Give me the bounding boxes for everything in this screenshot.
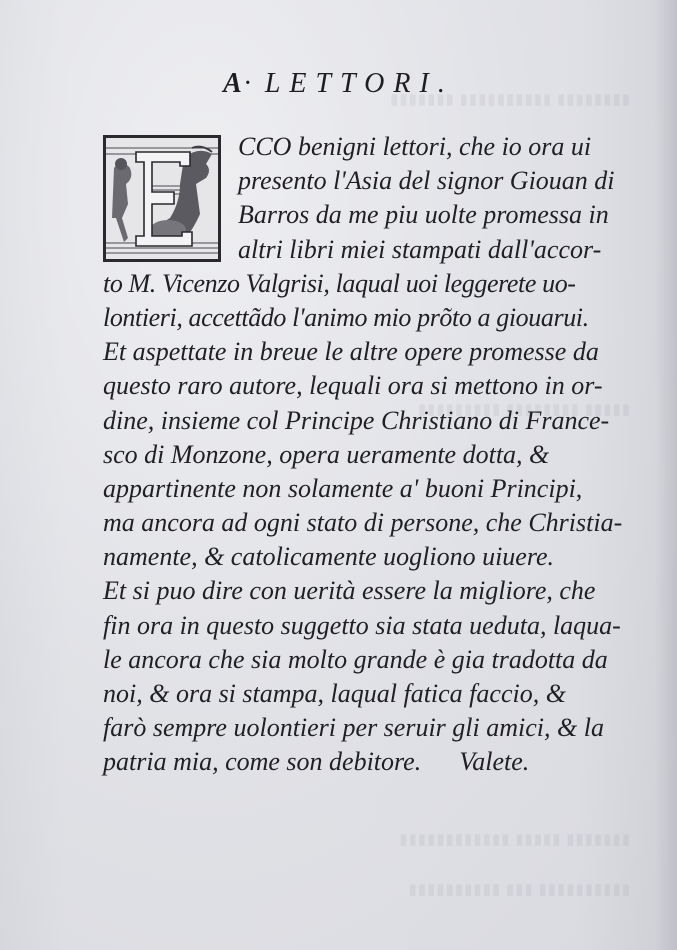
- show-through-text: ▮▮▮▮▮▮▮ ▮▮▮▮▮ ▮▮▮▮▮▮▮▮▮▮▮▮: [230, 830, 630, 849]
- text-line: CCO benigni lettori, che io ora ui: [103, 130, 643, 164]
- text-line: farò sempre uolontieri per seruir gli am…: [103, 711, 643, 745]
- show-through-text: ▮▮▮▮▮▮▮▮▮▮ ▮▮▮ ▮▮▮▮▮▮▮▮▮▮: [230, 880, 630, 899]
- text-line: ma ancora ad ogni stato di persone, che …: [103, 506, 643, 540]
- body-text: CCO benigni lettori, che io ora ui prese…: [103, 130, 643, 780]
- title-rest: LETTORI.: [265, 68, 454, 99]
- title-separator: ·: [244, 68, 265, 99]
- text-line: noi, & ora si stampa, laqual fatica facc…: [103, 677, 643, 711]
- text-line: to M. Vicenzo Valgrisi, laqual uoi legge…: [103, 267, 643, 301]
- text-line: lontieri, accettãdo l'animo mio prõto a …: [103, 301, 643, 335]
- text-line: altri libri miei stampati dall'accor-: [103, 233, 643, 267]
- text-line: questo raro autore, lequali ora si metto…: [103, 369, 643, 403]
- paper-page: ▮▮▮▮▮▮▮▮ ▮▮▮▮▮▮▮▮▮▮ ▮▮▮▮▮▮▮ ▮▮▮▮▮ ▮▮▮▮▮▮…: [0, 0, 677, 950]
- page-title: A·LETTORI.: [0, 68, 677, 100]
- text-line: presento l'Asia del signor Giouan di: [103, 164, 643, 198]
- text-line: namente, & catolicamente uogliono uiuere…: [103, 540, 643, 574]
- closing-valete: Valete.: [421, 747, 529, 776]
- text-line: le ancora che sia molto grande è gia tra…: [103, 643, 643, 677]
- text-line: dine, insieme col Principe Christiano di…: [103, 404, 643, 438]
- page-edge-shadow: [655, 0, 677, 950]
- text-line: sco di Monzone, opera ueramente dotta, &: [103, 438, 643, 472]
- text-line: Et aspettate in breue le altre opere pro…: [103, 335, 643, 369]
- text-line: Barros da me piu uolte promessa in: [103, 198, 643, 232]
- text-line: appartinente non solamente a' buoni Prin…: [103, 472, 643, 506]
- text-line: fin ora in questo suggetto sia stata ued…: [103, 609, 643, 643]
- text-line-last: patria mia, come son debitore.: [103, 747, 421, 776]
- title-initial: A: [223, 68, 244, 99]
- text-line-final: patria mia, come son debitore.Valete.: [103, 745, 643, 779]
- text-line: Et si puo dire con uerità essere la migl…: [103, 574, 643, 608]
